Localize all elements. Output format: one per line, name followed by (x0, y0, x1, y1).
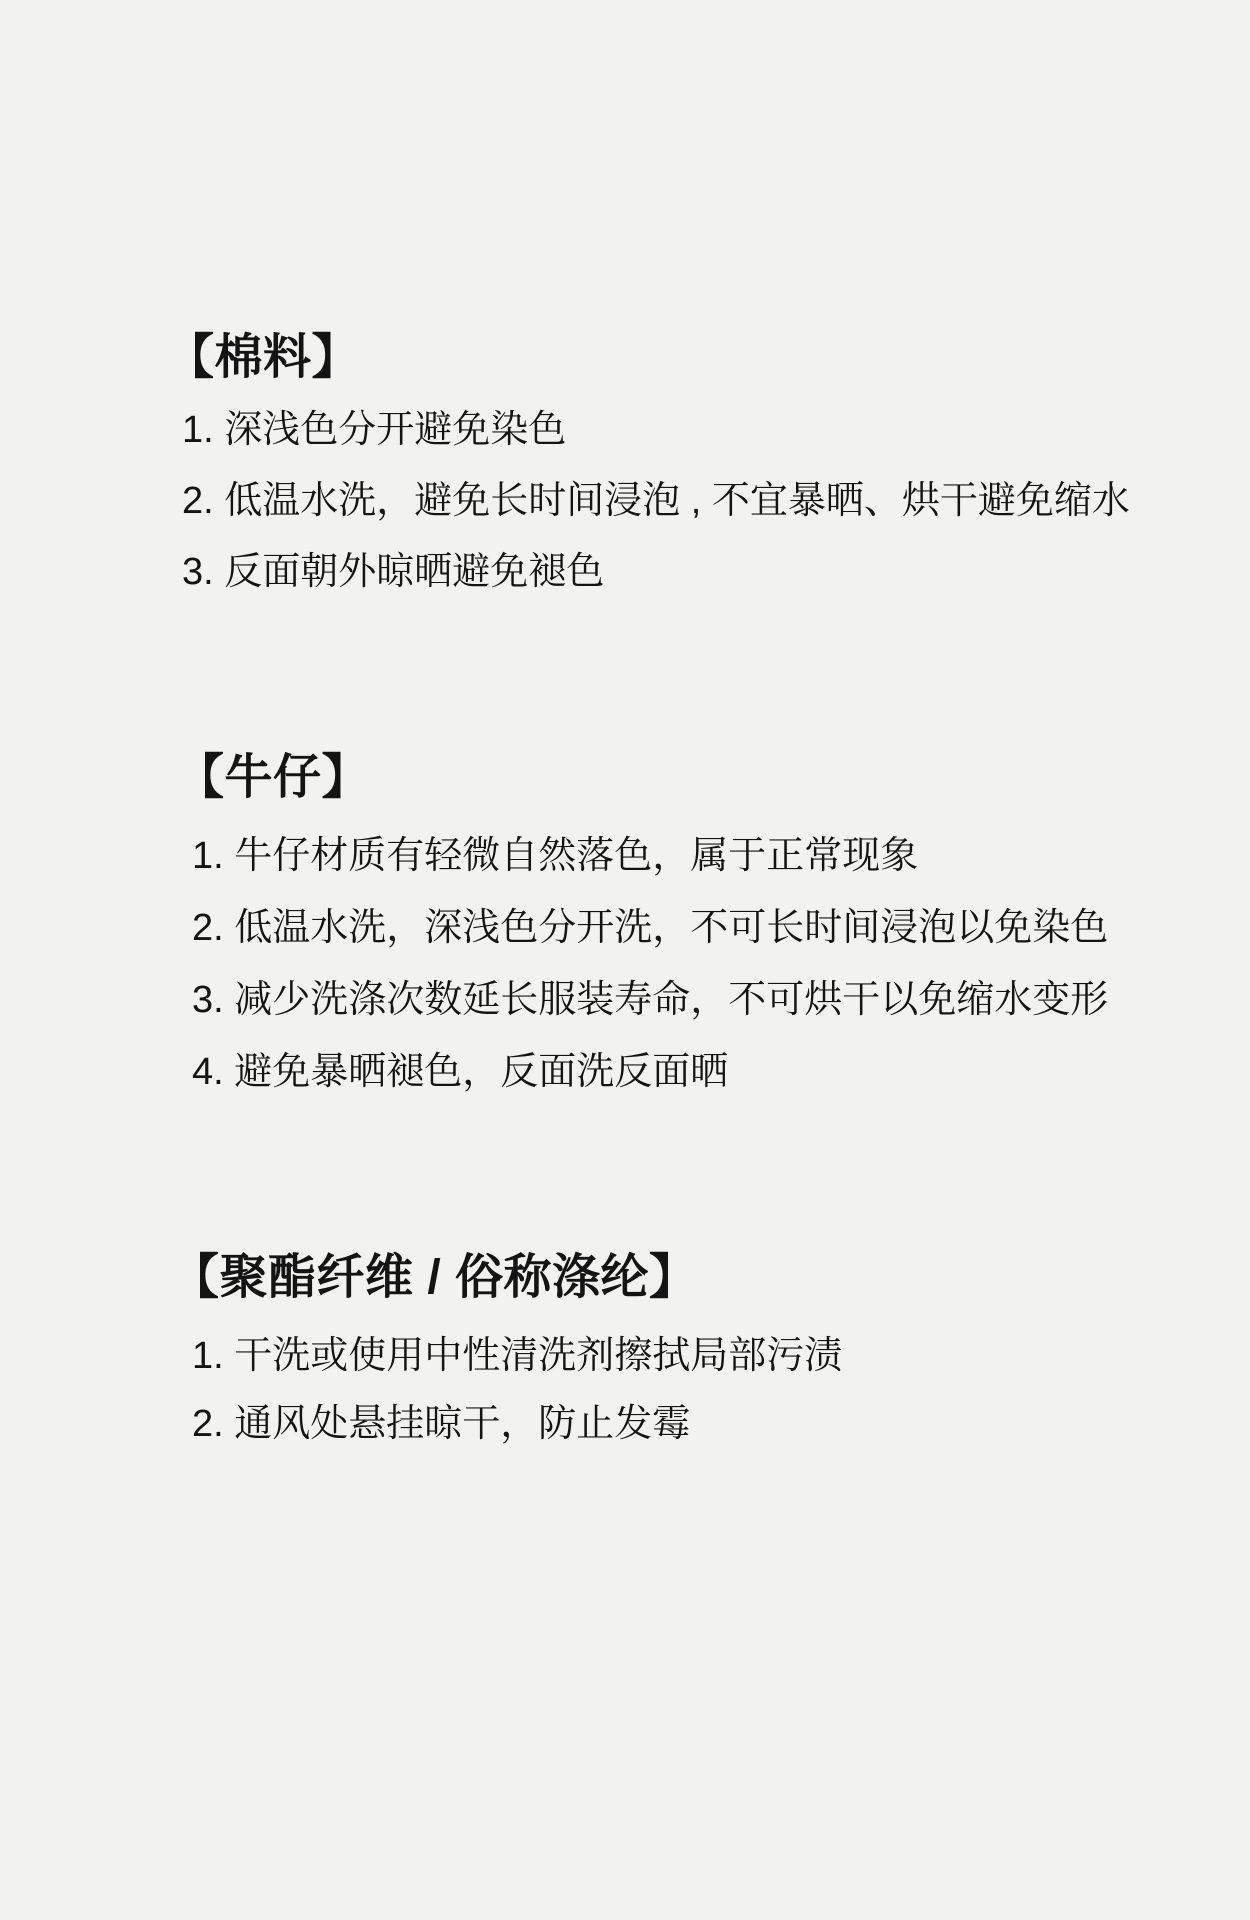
care-instructions-page: 【棉料】 1. 深浅色分开避免染色 2. 低温水洗，避免长时间浸泡 , 不宜暴晒… (0, 0, 1250, 1920)
care-item: 2. 低温水洗，深浅色分开洗，不可长时间浸泡以免染色 (192, 892, 1108, 964)
care-item: 1. 牛仔材质有轻微自然落色，属于正常现象 (192, 820, 1108, 892)
care-item: 2. 低温水洗，避免长时间浸泡 , 不宜暴晒、烘干避免缩水 (182, 466, 1130, 537)
care-item: 1. 深浅色分开避免染色 (182, 395, 1130, 466)
section-denim-items: 1. 牛仔材质有轻微自然落色，属于正常现象 2. 低温水洗，深浅色分开洗，不可长… (192, 820, 1108, 1108)
care-item: 3. 减少洗涤次数延长服装寿命，不可烘干以免缩水变形 (192, 964, 1108, 1036)
care-item: 2. 通风处悬挂晾干，防止发霉 (192, 1390, 842, 1458)
section-polyester: 【聚酯纤维 / 俗称涤纶】 1. 干洗或使用中性清洗剂擦拭局部污渍 2. 通风处… (171, 1250, 842, 1458)
section-denim-title: 【牛仔】 (176, 750, 1108, 806)
section-polyester-title: 【聚酯纤维 / 俗称涤纶】 (171, 1250, 842, 1306)
section-denim: 【牛仔】 1. 牛仔材质有轻微自然落色，属于正常现象 2. 低温水洗，深浅色分开… (176, 750, 1108, 1108)
section-polyester-items: 1. 干洗或使用中性清洗剂擦拭局部污渍 2. 通风处悬挂晾干，防止发霉 (192, 1322, 842, 1458)
care-item: 3. 反面朝外晾晒避免褪色 (182, 537, 1130, 608)
section-cotton: 【棉料】 1. 深浅色分开避免染色 2. 低温水洗，避免长时间浸泡 , 不宜暴晒… (166, 330, 1130, 608)
section-cotton-title: 【棉料】 (166, 330, 1130, 386)
section-cotton-items: 1. 深浅色分开避免染色 2. 低温水洗，避免长时间浸泡 , 不宜暴晒、烘干避免… (182, 395, 1130, 608)
care-item: 1. 干洗或使用中性清洗剂擦拭局部污渍 (192, 1322, 842, 1390)
care-item: 4. 避免暴晒褪色，反面洗反面晒 (192, 1036, 1108, 1108)
